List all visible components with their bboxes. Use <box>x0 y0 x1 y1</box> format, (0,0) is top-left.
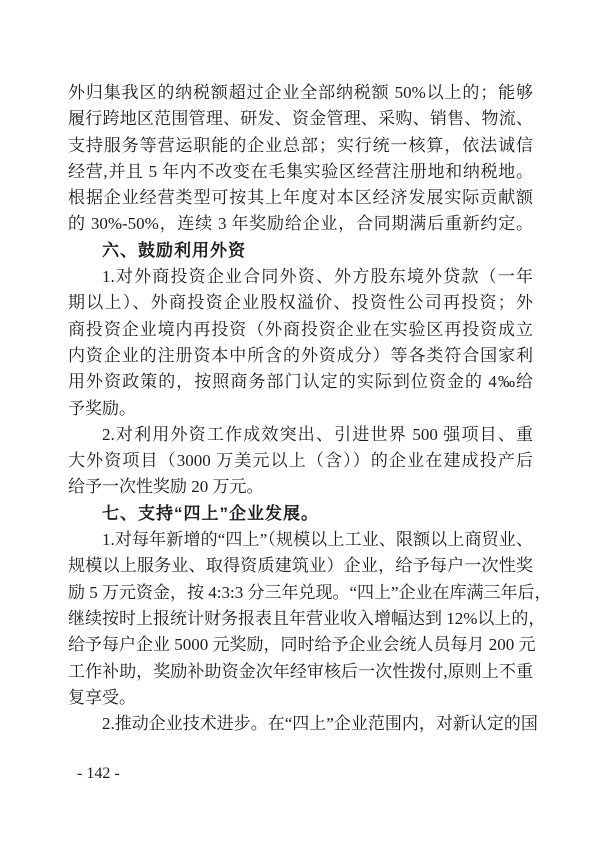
text-line: 给予一次性奖励 20 万元。 <box>68 474 533 500</box>
page-number: - 142 - <box>77 763 120 785</box>
text-line: 1.对外商投资企业合同外资、外方股东境外贷款（一年 <box>68 264 533 290</box>
heading-text: 七、支持“四上”企业发展。 <box>68 501 533 527</box>
text-line: 励 5 万元资金，按 4:3:3 分三年兑现。“四上”企业在库满三年后， <box>68 580 533 606</box>
text-line: 支持服务等营运职能的企业总部；实行统一核算，依法诚信 <box>68 133 533 159</box>
text-line: 工作补助，奖励补助资金次年经审核后一次性拨付,原则上不重 <box>68 659 533 685</box>
text-line: 用外资政策的，按照商务部门认定的实际到位资金的 4‰给 <box>68 369 533 395</box>
text-line: 继续按时上报统计财务报表且年营业收入增幅达到 12%以上的， <box>68 606 533 632</box>
paragraph: 1.对外商投资企业合同外资、外方股东境外贷款（一年 期以上）、外商投资企业股权溢… <box>68 264 533 422</box>
text-line: 给予每户企业 5000 元奖励，同时给予企业会统人员每月 200 元 <box>68 632 533 658</box>
paragraph: 1.对每年新增的“四上”（规模以上工业、限额以上商贸业、 规模以上服务业、取得资… <box>68 527 533 711</box>
heading-text: 六、鼓励利用外资 <box>68 238 533 264</box>
text-line: 内资企业的注册资本中所含的外资成分）等各类符合国家利 <box>68 343 533 369</box>
body-text: 外归集我区的纳税额超过企业全部纳税额 50%以上的；能够 履行跨地区范围管理、研… <box>68 80 533 737</box>
section-heading: 六、鼓励利用外资 <box>68 238 533 264</box>
text-line: 复享受。 <box>68 685 533 711</box>
text-line: 大外资项目（3000 万美元以上（含））的企业在建成投产后 <box>68 448 533 474</box>
text-line: 期以上）、外商投资企业股权溢价、投资性公司再投资；外 <box>68 290 533 316</box>
paragraph: 2.对利用外资工作成效突出、引进世界 500 强项目、重 大外资项目（3000 … <box>68 422 533 501</box>
paragraph: 外归集我区的纳税额超过企业全部纳税额 50%以上的；能够 履行跨地区范围管理、研… <box>68 80 533 238</box>
paragraph: 2.推动企业技术进步。在“四上”企业范围内，对新认定的国 <box>68 711 533 737</box>
section-heading: 七、支持“四上”企业发展。 <box>68 501 533 527</box>
text-line: 商投资企业境内再投资（外商投资企业在实验区再投资成立 <box>68 317 533 343</box>
text-line: 予奖励。 <box>68 396 533 422</box>
text-line: 经营,并且 5 年内不改变在毛集实验区经营注册地和纳税地。 <box>68 159 533 185</box>
text-line: 根据企业经营类型可按其上年度对本区经济发展实际贡献额 <box>68 185 533 211</box>
text-line: 规模以上服务业、取得资质建筑业）企业，给予每户一次性奖 <box>68 553 533 579</box>
document-page: 外归集我区的纳税额超过企业全部纳税额 50%以上的；能够 履行跨地区范围管理、研… <box>0 0 600 847</box>
text-line: 的 30%-50%，连续 3 年奖励给企业，合同期满后重新约定。 <box>68 211 533 237</box>
text-line: 外归集我区的纳税额超过企业全部纳税额 50%以上的；能够 <box>68 80 533 106</box>
text-line: 履行跨地区范围管理、研发、资金管理、采购、销售、物流、 <box>68 106 533 132</box>
text-line: 1.对每年新增的“四上”（规模以上工业、限额以上商贸业、 <box>68 527 533 553</box>
text-line: 2.对利用外资工作成效突出、引进世界 500 强项目、重 <box>68 422 533 448</box>
text-line: 2.推动企业技术进步。在“四上”企业范围内，对新认定的国 <box>68 711 533 737</box>
